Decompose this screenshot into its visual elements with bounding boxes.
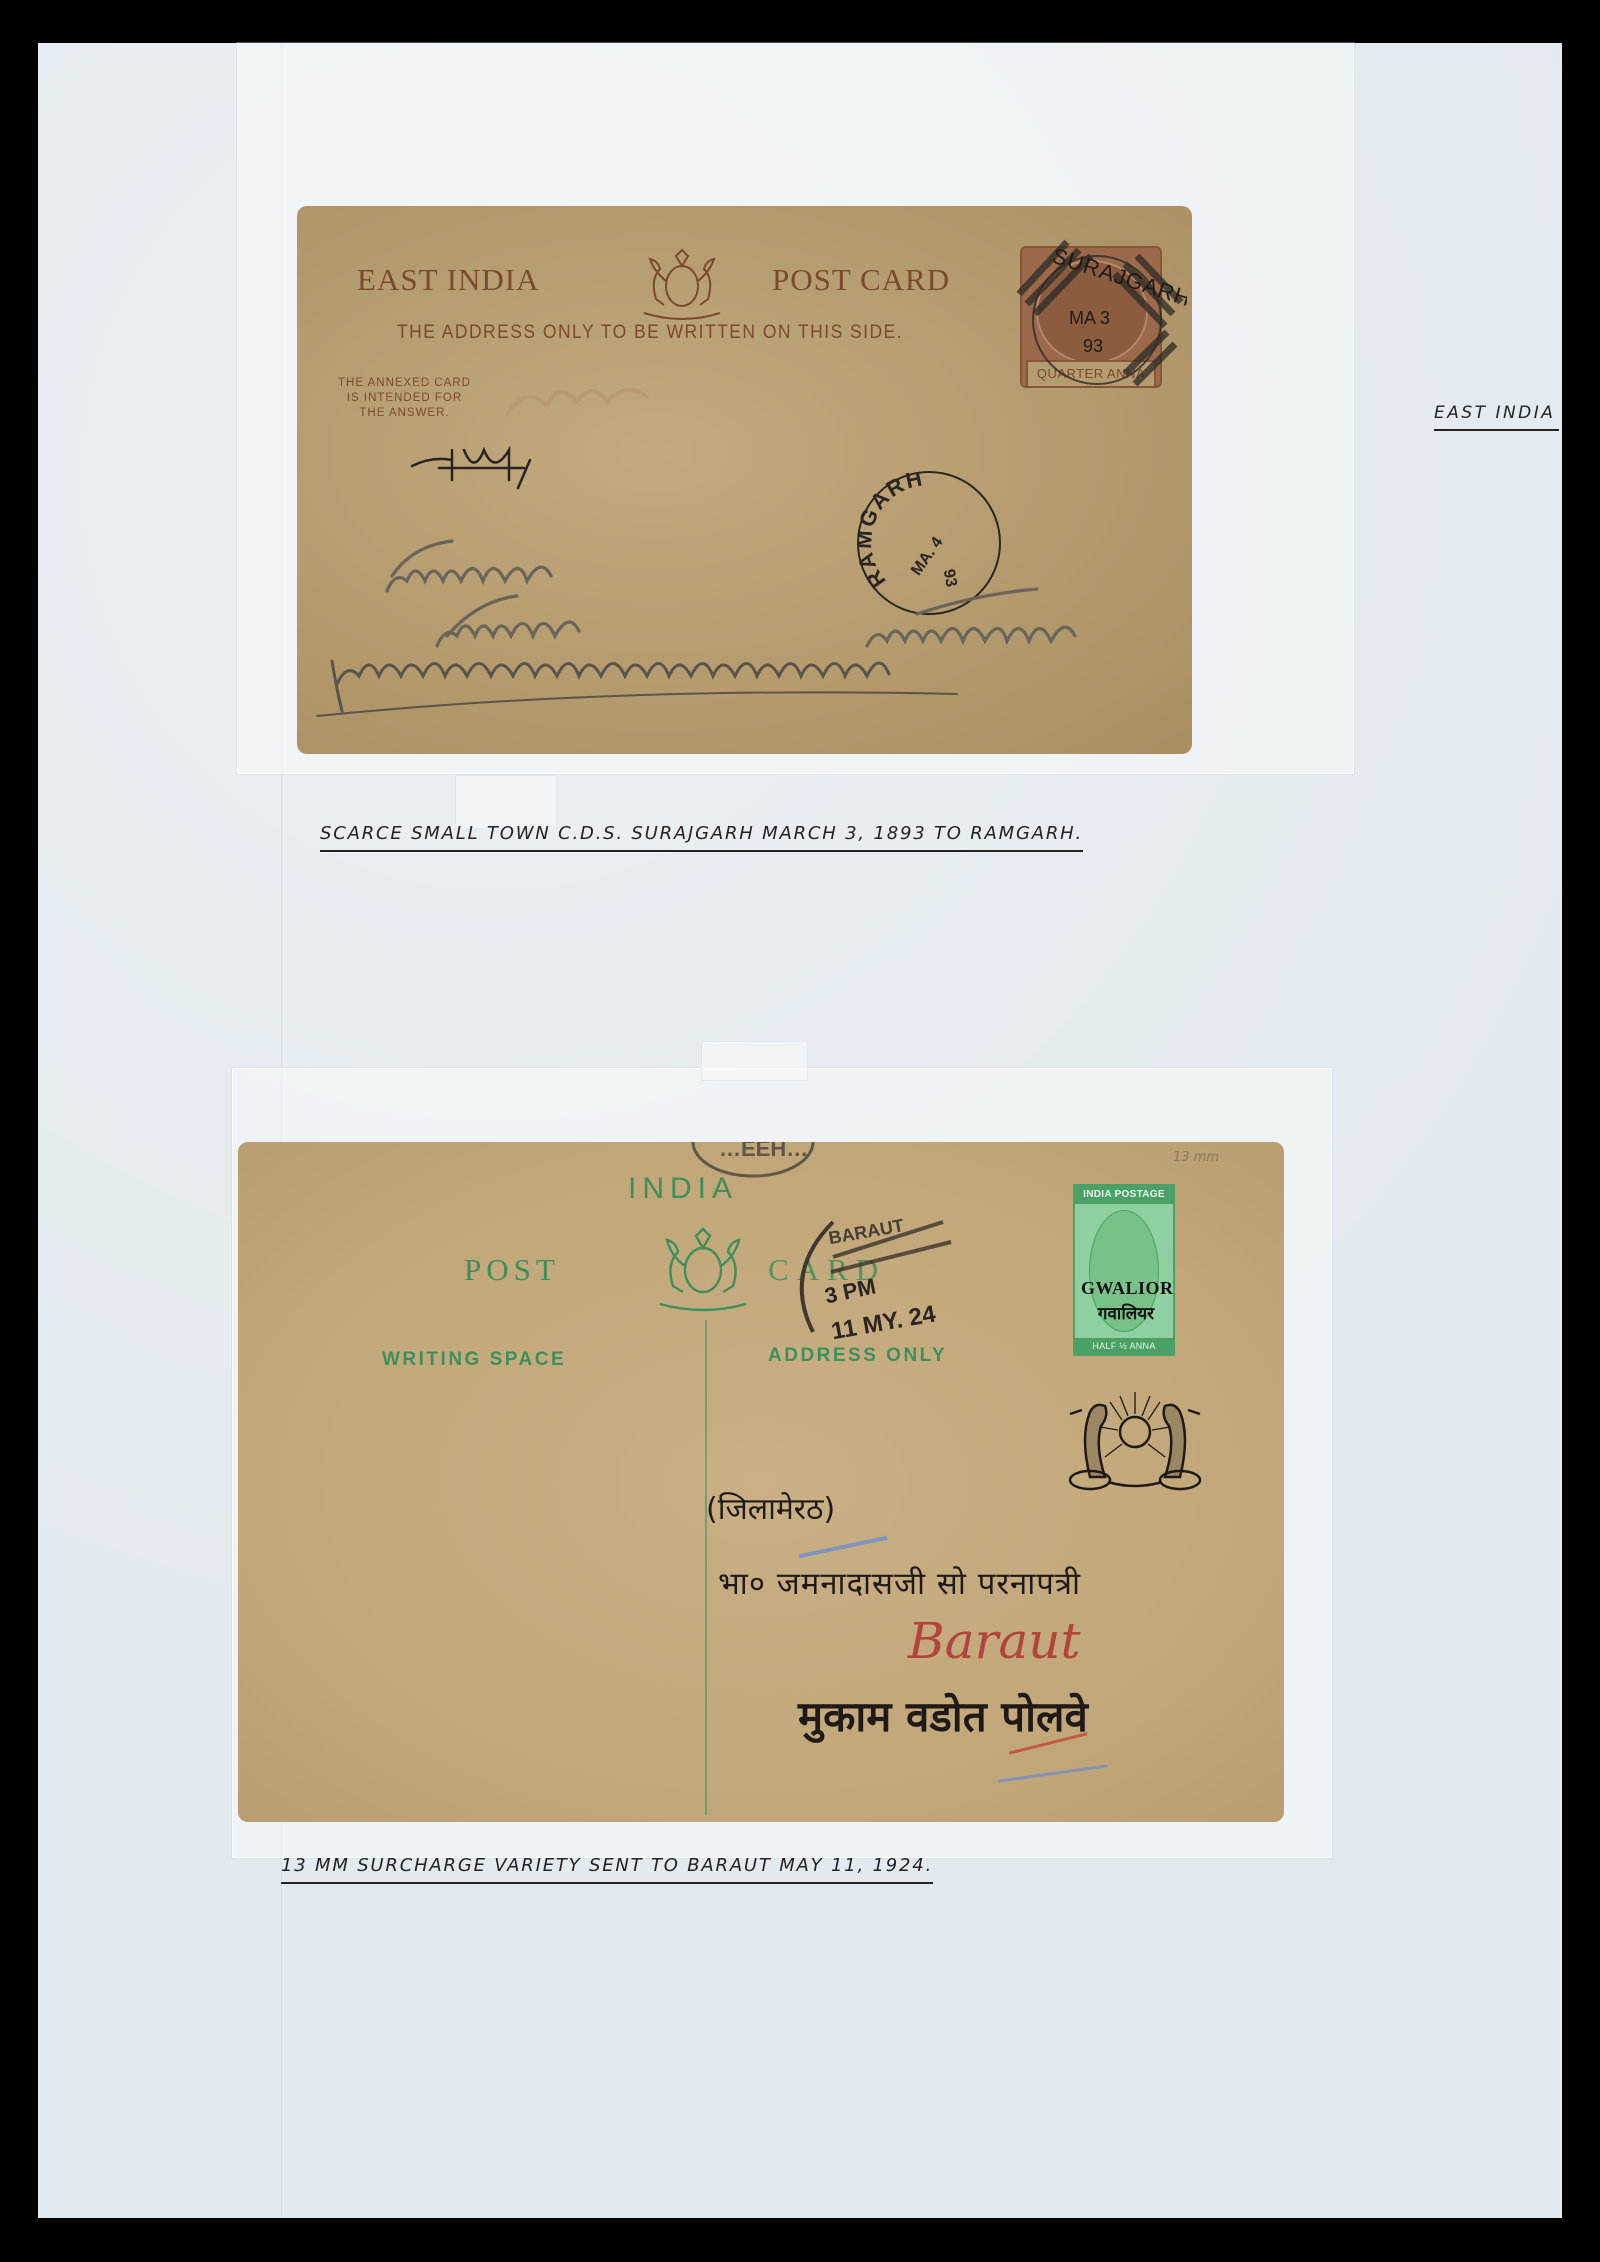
royal-arms-icon — [638, 1222, 768, 1314]
red-annotation-baraut: Baraut — [908, 1612, 1081, 1670]
address-addressee: भा० जमनादासजी सो परनापत्री — [718, 1562, 1081, 1604]
hinge-tab-1 — [455, 775, 557, 829]
hinge-tab-2 — [701, 1041, 808, 1081]
address-district: (जिलामेरठ) — [706, 1487, 835, 1528]
svg-text:BARAUT: BARAUT — [827, 1215, 905, 1248]
address-only-label: ADDRESS ONLY — [768, 1345, 947, 1367]
caption-item-2: 13 MM SURCHARGE VARIETY SENT TO BARAUT M… — [281, 1855, 933, 1884]
blue-pencil-mark-2 — [998, 1764, 1107, 1782]
svg-text:…EEH…: …EEH… — [719, 1142, 808, 1161]
baraut-postmark: BARAUT 3 PM 11 MY. 24 — [773, 1202, 973, 1342]
card-title-left: POST — [464, 1252, 560, 1288]
overprint-hindi: गवालियर — [1081, 1301, 1171, 1324]
stamp-top-text: INDIA POSTAGE — [1075, 1186, 1173, 1204]
card-divider — [705, 1320, 707, 1815]
address-locality: मुकाम वडोत पोलवे — [798, 1687, 1088, 1744]
blue-pencil-mark — [799, 1536, 888, 1559]
writing-space-label: WRITING SPACE — [382, 1349, 566, 1371]
overprint-english: GWALIOR — [1081, 1278, 1171, 1299]
manuscript-address — [297, 206, 1192, 754]
card-header-india: INDIA — [628, 1172, 738, 1206]
caption-item-1: SCARCE SMALL TOWN C.D.S. SURAJGARH MARCH… — [320, 823, 1083, 852]
postcard-east-india: EAST INDIA POST CARD THE ADDRESS ONLY TO… — [297, 206, 1192, 754]
pencil-note-13mm: 13 mm — [1173, 1150, 1219, 1165]
stamp-bottom-text: HALF ½ ANNA — [1075, 1338, 1173, 1354]
svg-text:11 MY. 24: 11 MY. 24 — [829, 1300, 938, 1342]
gwalior-overprint: GWALIOR गवालियर — [1081, 1278, 1171, 1324]
svg-text:3 PM: 3 PM — [822, 1273, 877, 1308]
imprinted-stamp-half-anna: INDIA POSTAGE GWALIOR गवालियर HALF ½ ANN… — [1073, 1184, 1175, 1356]
cobra-sun-emblem-icon — [1060, 1382, 1210, 1492]
margin-note-country: EAST INDIA — [1434, 403, 1559, 431]
postcard-india-gwalior: 13 mm …EEH… INDIA POST CARD WRITING SPAC… — [238, 1142, 1284, 1822]
